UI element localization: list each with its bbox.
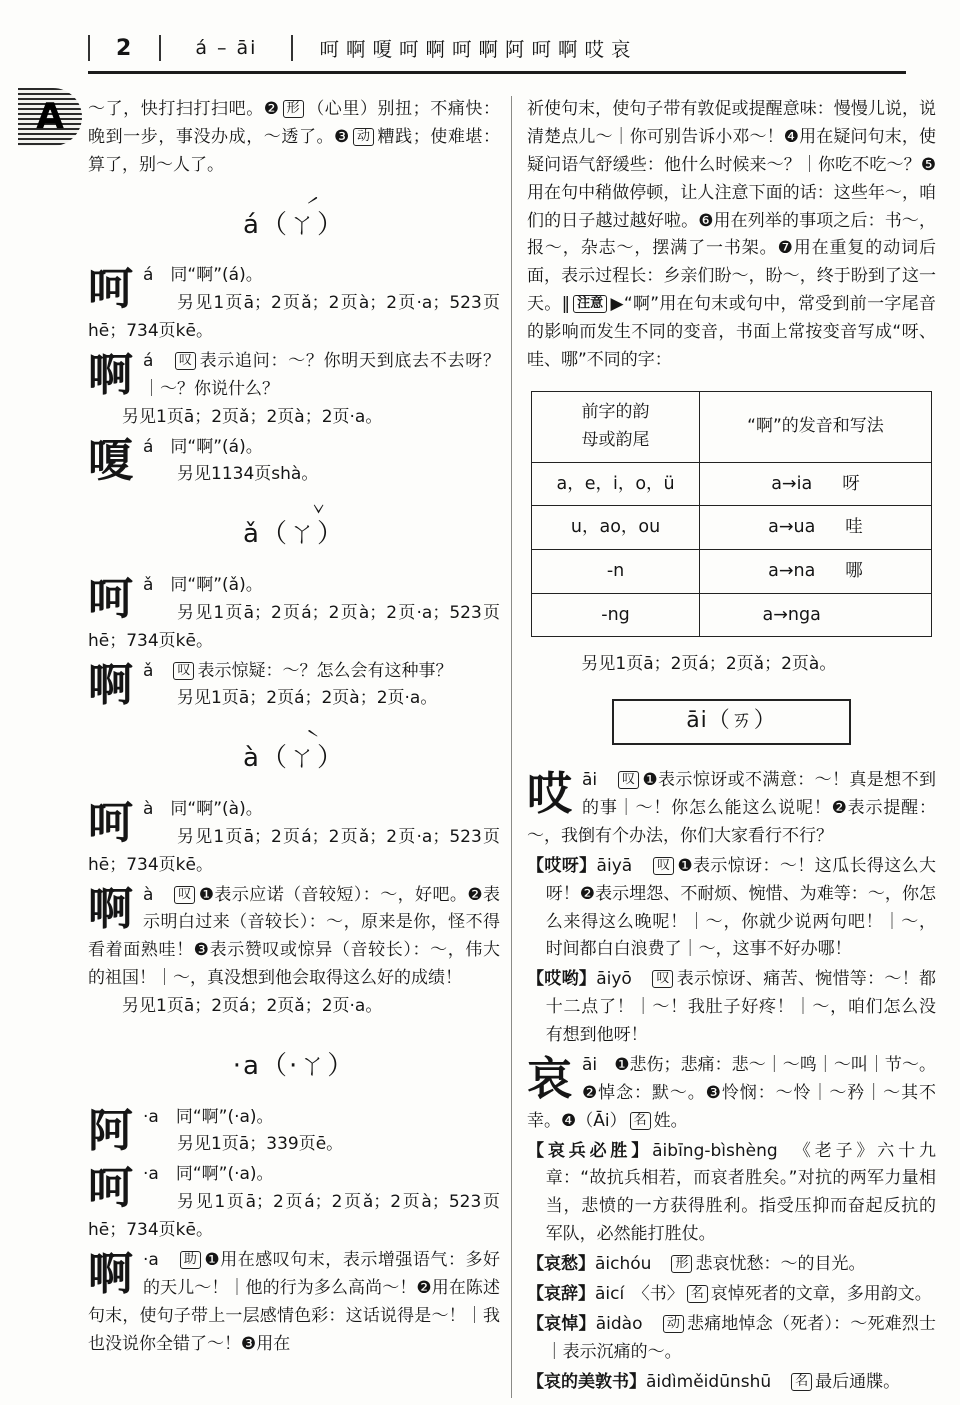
- headword-character: 啊: [88, 885, 133, 934]
- entry-body: āichóu 形悲哀忧愁：～的目光。: [595, 1254, 865, 1274]
- pos-label: 形: [283, 100, 304, 118]
- entry: 哀āi ❶悲伤；悲痛：悲～｜～鸣｜～叫｜节～。❷悼念：默～。❸怜悯：～怜｜～矜｜…: [527, 1052, 936, 1136]
- table-cell-final: -n: [532, 549, 700, 593]
- pinyin-section-header: ǎ（ㄚ̌）: [88, 513, 500, 556]
- pos-label: 名: [630, 1112, 651, 1130]
- entry: 呵ǎ 同“啊”(ǎ)。另见1页ā；2页á；2页à；2页·a；523页hē；734…: [88, 572, 500, 656]
- pinyin-section-header: á（ㄚ́）: [88, 204, 500, 247]
- see-also-line: 另见1页ā；2页ǎ；2页à；2页·a；523页hē；734页kē。: [88, 290, 500, 346]
- see-also-line: 另见1页ā；2页á；2页ǎ；2页à。: [527, 651, 936, 679]
- pos-label: 叹: [173, 662, 194, 680]
- headword-compound: 【哀兵必胜】: [527, 1141, 652, 1161]
- headword-character: 嗄: [88, 437, 133, 486]
- table-cell-change: a→ua哇: [700, 506, 932, 550]
- entry: 【哎哟】āiyō 叹表示惊讶、痛苦、惋惜等：～！都十二点了！｜～！我肚子好疼！｜…: [527, 966, 936, 1050]
- see-also-line: 另见1页ā；2页á；2页à；2页·a；523页hē；734页kē。: [88, 600, 500, 656]
- headword-compound: 【哀辞】: [527, 1284, 595, 1304]
- entry-body: á 叹表示追问：～？你明天到底去不去呀？｜～？你说什么？: [88, 348, 500, 404]
- entry-body: āiyō 叹表示惊讶、痛苦、惋惜等：～！都十二点了！｜～！我肚子好疼！｜～，咱们…: [546, 969, 936, 1045]
- table-row: -nga→nga: [532, 593, 932, 637]
- sound-change: a→ia: [771, 474, 812, 494]
- headword-character: 啊: [88, 661, 133, 710]
- entry: 啊á 叹表示追问：～？你明天到底去不去呀？｜～？你说什么？另见1页ā；2页ǎ；2…: [88, 348, 500, 432]
- entry-body: āicí 〈书〉名哀悼死者的文章，多用韵文。: [595, 1284, 932, 1304]
- entry-body: āidào 动悲痛地悼念（死者）：～死难烈士｜表示沉痛的～。: [546, 1314, 936, 1362]
- headword-compound: 【哎呀】: [527, 856, 597, 876]
- pos-label: 动: [663, 1315, 684, 1333]
- headword-character: 呵: [88, 265, 133, 314]
- entry: 啊à 叹❶表示应诺（音较短）：～，好吧。❷表示明白过来（音较长）：～，原来是你，…: [88, 882, 500, 1021]
- headword-compound: 【哀愁】: [527, 1254, 595, 1274]
- headword-compound: 【哀的美敦书】: [527, 1372, 646, 1392]
- headword-compound: 【哀悼】: [527, 1314, 596, 1334]
- entry: 【哀的美敦书】āidìměidūnshū 名最后通牒。: [527, 1369, 936, 1397]
- table-column-header: 前字的韵 母或韵尾: [532, 391, 700, 462]
- entry-body: ·a 同“啊”(·a)。: [88, 1104, 500, 1132]
- pos-label: 形: [671, 1255, 692, 1273]
- entry-body: á 同“啊”(á)。: [88, 262, 500, 290]
- entry: 哎āi 叹❶表示惊讶或不满意：～！真是想不到的事｜～！你怎么能这么说呢！❷表示提…: [527, 767, 936, 851]
- ai-section-header: āi（ㄞ）: [612, 699, 851, 745]
- written-character: 哇: [845, 513, 863, 542]
- headword-character: 阿: [88, 1107, 133, 1156]
- table-cell-final: -ng: [532, 593, 700, 637]
- entry-body: ·a 同“啊”(·a)。: [88, 1161, 500, 1189]
- table-cell-change: a→nga: [700, 593, 932, 637]
- pos-label: 叹: [175, 352, 196, 370]
- right-column: 祈使句末，使句子带有敦促或提醒意味：慢慢儿说，说清楚点儿～｜你可别告诉小邓～！❹…: [511, 96, 936, 1398]
- pos-label: 注意: [573, 295, 607, 313]
- table-cell-change: a→ia呀: [700, 462, 932, 506]
- see-also-line: 另见1页ā；2页á；2页ǎ；2页·a。: [88, 993, 500, 1021]
- pos-label: 叹: [618, 771, 639, 789]
- entry-body: āidìměidūnshū 名最后通牒。: [646, 1372, 900, 1392]
- text-columns: ～了，快打扫打扫吧。❷形（心里）别扭；不痛快：晚到一步，事没办成，～透了。❸动糟…: [88, 96, 936, 1398]
- page-number: 2: [90, 36, 159, 61]
- pos-label: 叹: [653, 857, 674, 875]
- entry: 【哀兵必胜】āibīng-bìshèng 《老子》六十九章：“故抗兵相若，而哀者…: [527, 1138, 936, 1250]
- table-cell-change: a→na哪: [700, 549, 932, 593]
- entry-body: āi 叹❶表示惊讶或不满意：～！真是想不到的事｜～！你怎么能这么说呢！❷表示提醒…: [527, 767, 936, 851]
- entry-body: āi ❶悲伤；悲痛：悲～｜～鸣｜～叫｜节～。❷悼念：默～。❸怜悯：～怜｜～矜｜～…: [527, 1052, 936, 1136]
- entry: 呵à 同“啊”(à)。另见1页ā；2页á；2页ǎ；2页·a；523页hē；734…: [88, 796, 500, 880]
- pos-label: 名: [687, 1285, 708, 1303]
- entry: 嗄á 同“啊”(á)。另见1134页shà。: [88, 434, 500, 490]
- entry: 啊·a 助❶用在感叹句末，表示增强语气：多好的天儿～！｜他的行为多么高尚～！❷用…: [88, 1247, 500, 1359]
- running-head: 2 á – āi 呵啊嗄呵啊呵啊阿呵啊哎哀: [88, 34, 906, 74]
- entry: 阿·a 同“啊”(·a)。另见1页ā；339页ē。: [88, 1104, 500, 1160]
- entry-body: á 同“啊”(á)。: [88, 434, 500, 462]
- pos-label: 动: [353, 128, 374, 146]
- headword-character: 啊: [88, 1250, 133, 1299]
- entry: 【哀愁】āichóu 形悲哀忧愁：～的目光。: [527, 1251, 936, 1279]
- written-character: 哪: [845, 557, 863, 586]
- table-row: u，ao，oua→ua哇: [532, 506, 932, 550]
- sound-change: a→ua: [768, 517, 815, 537]
- dictionary-page: 2 á – āi 呵啊嗄呵啊呵啊阿呵啊哎哀 A ～了，快打扫打扫吧。❷形（心里）…: [0, 0, 960, 1405]
- headword-character: 呵: [88, 575, 133, 624]
- table-cell-final: a，e，i，o，ü: [532, 462, 700, 506]
- continuation-paragraph: 祈使句末，使句子带有敦促或提醒意味：慢慢儿说，说清楚点儿～｜你可别告诉小邓～！❹…: [527, 96, 936, 375]
- see-also-line: 另见1页ā；339页ē。: [88, 1131, 500, 1159]
- entry-body: ǎ 同“啊”(ǎ)。: [88, 572, 500, 600]
- pinyin-range: á – āi: [161, 37, 291, 59]
- see-also-line: 另见1页ā；2页á；2页à；2页·a。: [88, 685, 500, 713]
- entry: 【哀辞】āicí 〈书〉名哀悼死者的文章，多用韵文。: [527, 1281, 936, 1309]
- pronunciation-table: 前字的韵 母或韵尾“啊”的发音和写法a，e，i，o，üa→ia呀u，ao，oua…: [531, 391, 932, 638]
- table-column-header: “啊”的发音和写法: [700, 391, 932, 462]
- table-row: -na→na哪: [532, 549, 932, 593]
- entry: 呵·a 同“啊”(·a)。另见1页ā；2页á；2页ǎ；2页à；523页hē；73…: [88, 1161, 500, 1245]
- sound-change: a→nga: [763, 605, 821, 625]
- thumb-index-letter: A: [36, 99, 64, 135]
- headword-character: 呵: [88, 1164, 133, 1213]
- entry-body: āiyā 叹❶表示惊讶：～！这瓜长得这么大呀！❷表示埋怨、不耐烦、惋惜、为难等：…: [546, 856, 936, 960]
- headword-character: 呵: [88, 799, 133, 848]
- entry-body: ǎ 叹表示惊疑：～？怎么会有这种事？: [88, 658, 500, 686]
- entry: 呵á 同“啊”(á)。另见1页ā；2页ǎ；2页à；2页·a；523页hē；734…: [88, 262, 500, 346]
- table-row: a，e，i，o，üa→ia呀: [532, 462, 932, 506]
- entry-body: à 叹❶表示应诺（音较短）：～，好吧。❷表示明白过来（音较长）：～，原来是你，怪…: [88, 882, 500, 994]
- continuation-paragraph: ～了，快打扫打扫吧。❷形（心里）别扭；不痛快：晚到一步，事没办成，～透了。❸动糟…: [88, 96, 500, 180]
- headword-character: 哎: [527, 770, 572, 819]
- thumb-index-tab: A: [18, 88, 82, 146]
- pos-label: 叹: [174, 886, 195, 904]
- pinyin-section-header: ·a（·ㄚ）: [88, 1045, 500, 1088]
- guide-words: 呵啊嗄呵啊呵啊阿呵啊哎哀: [293, 34, 637, 62]
- entry: 【哎呀】āiyā 叹❶表示惊讶：～！这瓜长得这么大呀！❷表示埋怨、不耐烦、惋惜、…: [527, 853, 936, 965]
- left-column: ～了，快打扫打扫吧。❷形（心里）别扭；不痛快：晚到一步，事没办成，～透了。❸动糟…: [88, 96, 511, 1398]
- entry-body: à 同“啊”(à)。: [88, 796, 500, 824]
- sound-change: a→na: [768, 561, 815, 581]
- headword-compound: 【哎哟】: [527, 969, 596, 989]
- entry-body: ·a 助❶用在感叹句末，表示增强语气：多好的天儿～！｜他的行为多么高尚～！❷用在…: [88, 1247, 500, 1359]
- written-character: 呀: [842, 470, 860, 499]
- see-also-line: 另见1134页shà。: [88, 461, 500, 489]
- pos-label: 叹: [652, 970, 673, 988]
- entry: 【哀悼】āidào 动悲痛地悼念（死者）：～死难烈士｜表示沉痛的～。: [527, 1311, 936, 1367]
- see-also-line: 另见1页ā；2页á；2页ǎ；2页à；523页hē；734页kē。: [88, 1189, 500, 1245]
- see-also-line: 另见1页ā；2页ǎ；2页à；2页·a。: [88, 404, 500, 432]
- pos-label: 助: [180, 1251, 201, 1269]
- headword-character: 啊: [88, 351, 133, 400]
- see-also-line: 另见1页ā；2页á；2页ǎ；2页·a；523页hē；734页kē。: [88, 824, 500, 880]
- headword-character: 哀: [527, 1055, 572, 1104]
- pinyin-section-header: à（ㄚ̀）: [88, 737, 500, 780]
- entry: 啊ǎ 叹表示惊疑：～？怎么会有这种事？另见1页ā；2页á；2页à；2页·a。: [88, 658, 500, 714]
- table-cell-final: u，ao，ou: [532, 506, 700, 550]
- pos-label: 名: [791, 1373, 812, 1391]
